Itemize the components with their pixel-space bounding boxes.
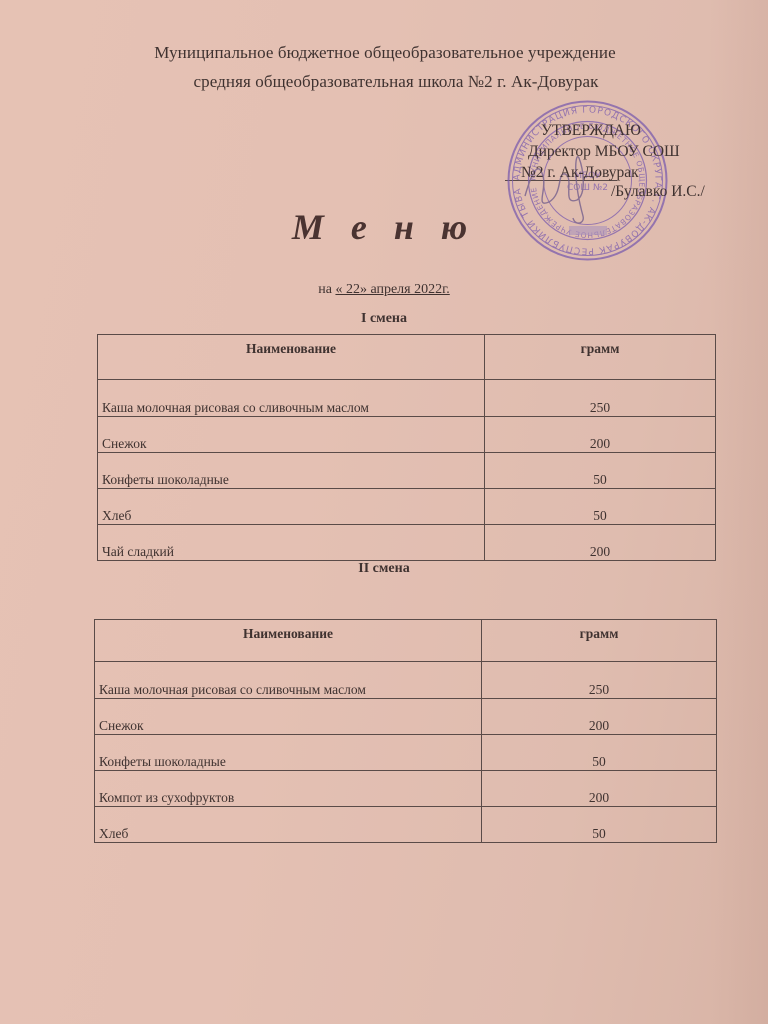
dish-grams: 50 <box>482 807 717 843</box>
dish-grams: 200 <box>482 699 717 735</box>
table-row: Конфеты шоколадные 50 <box>98 453 716 489</box>
approval-block: УТВЕРЖДАЮ Директор МБОУ СОШ №2 г. Ак-Дов… <box>515 120 735 202</box>
dish-name: Снежок <box>98 417 485 453</box>
column-header-grams: грамм <box>485 335 716 380</box>
school-name-line-1: Муниципальное бюджетное общеобразователь… <box>1 43 768 63</box>
dish-name: Компот из сухофруктов <box>95 771 482 807</box>
dish-name: Каша молочная рисовая со сливочным масло… <box>98 380 485 417</box>
approval-signatory: /Булавко И.С./ <box>515 181 735 202</box>
approval-title: УТВЕРЖДАЮ <box>515 120 735 141</box>
table-row: Чай сладкий 200 <box>98 525 716 561</box>
dish-name: Конфеты шоколадные <box>98 453 485 489</box>
table-row: Хлеб 50 <box>98 489 716 525</box>
column-header-grams: грамм <box>482 620 717 662</box>
table-header-row: Наименование грамм <box>98 335 716 380</box>
table-row: Конфеты шоколадные 50 <box>95 735 717 771</box>
dish-name: Каша молочная рисовая со сливочным масло… <box>95 662 482 699</box>
dish-grams: 50 <box>485 453 716 489</box>
dish-grams: 50 <box>482 735 717 771</box>
table-row: Снежок 200 <box>98 417 716 453</box>
dish-name: Снежок <box>95 699 482 735</box>
shift-2-label: II смена <box>0 561 768 577</box>
shift-2-menu-table: Наименование грамм Каша молочная рисовая… <box>94 619 717 843</box>
table-row: Компот из сухофруктов 200 <box>95 771 717 807</box>
table-row: Каша молочная рисовая со сливочным масло… <box>95 662 717 699</box>
column-header-name: Наименование <box>98 335 485 380</box>
column-header-name: Наименование <box>95 620 482 662</box>
dish-grams: 50 <box>485 489 716 525</box>
table-row: Снежок 200 <box>95 699 717 735</box>
dish-name: Чай сладкий <box>98 525 485 561</box>
dish-name: Хлеб <box>95 807 482 843</box>
dish-grams: 250 <box>482 662 717 699</box>
approval-position: Директор МБОУ СОШ <box>515 141 735 162</box>
date-value: « 22» апреля 2022г. <box>335 282 449 297</box>
dish-name: Конфеты шоколадные <box>95 735 482 771</box>
table-header-row: Наименование грамм <box>95 620 717 662</box>
approval-organization: №2 г. Ак-Довурак <box>515 162 735 183</box>
dish-name: Хлеб <box>98 489 485 525</box>
menu-date: на « 22» апреля 2022г. <box>0 282 768 298</box>
table-row: Хлеб 50 <box>95 807 717 843</box>
dish-grams: 250 <box>485 380 716 417</box>
shift-1-label: I смена <box>0 311 768 327</box>
dish-grams: 200 <box>485 417 716 453</box>
dish-grams: 200 <box>485 525 716 561</box>
date-prefix: на <box>318 282 335 297</box>
document-page: Муниципальное бюджетное общеобразователь… <box>0 0 768 1024</box>
table-row: Каша молочная рисовая со сливочным масло… <box>98 380 716 417</box>
school-name-line-2: средняя общеобразовательная школа №2 г. … <box>12 72 768 92</box>
dish-grams: 200 <box>482 771 717 807</box>
shift-1-menu-table: Наименование грамм Каша молочная рисовая… <box>97 334 716 561</box>
